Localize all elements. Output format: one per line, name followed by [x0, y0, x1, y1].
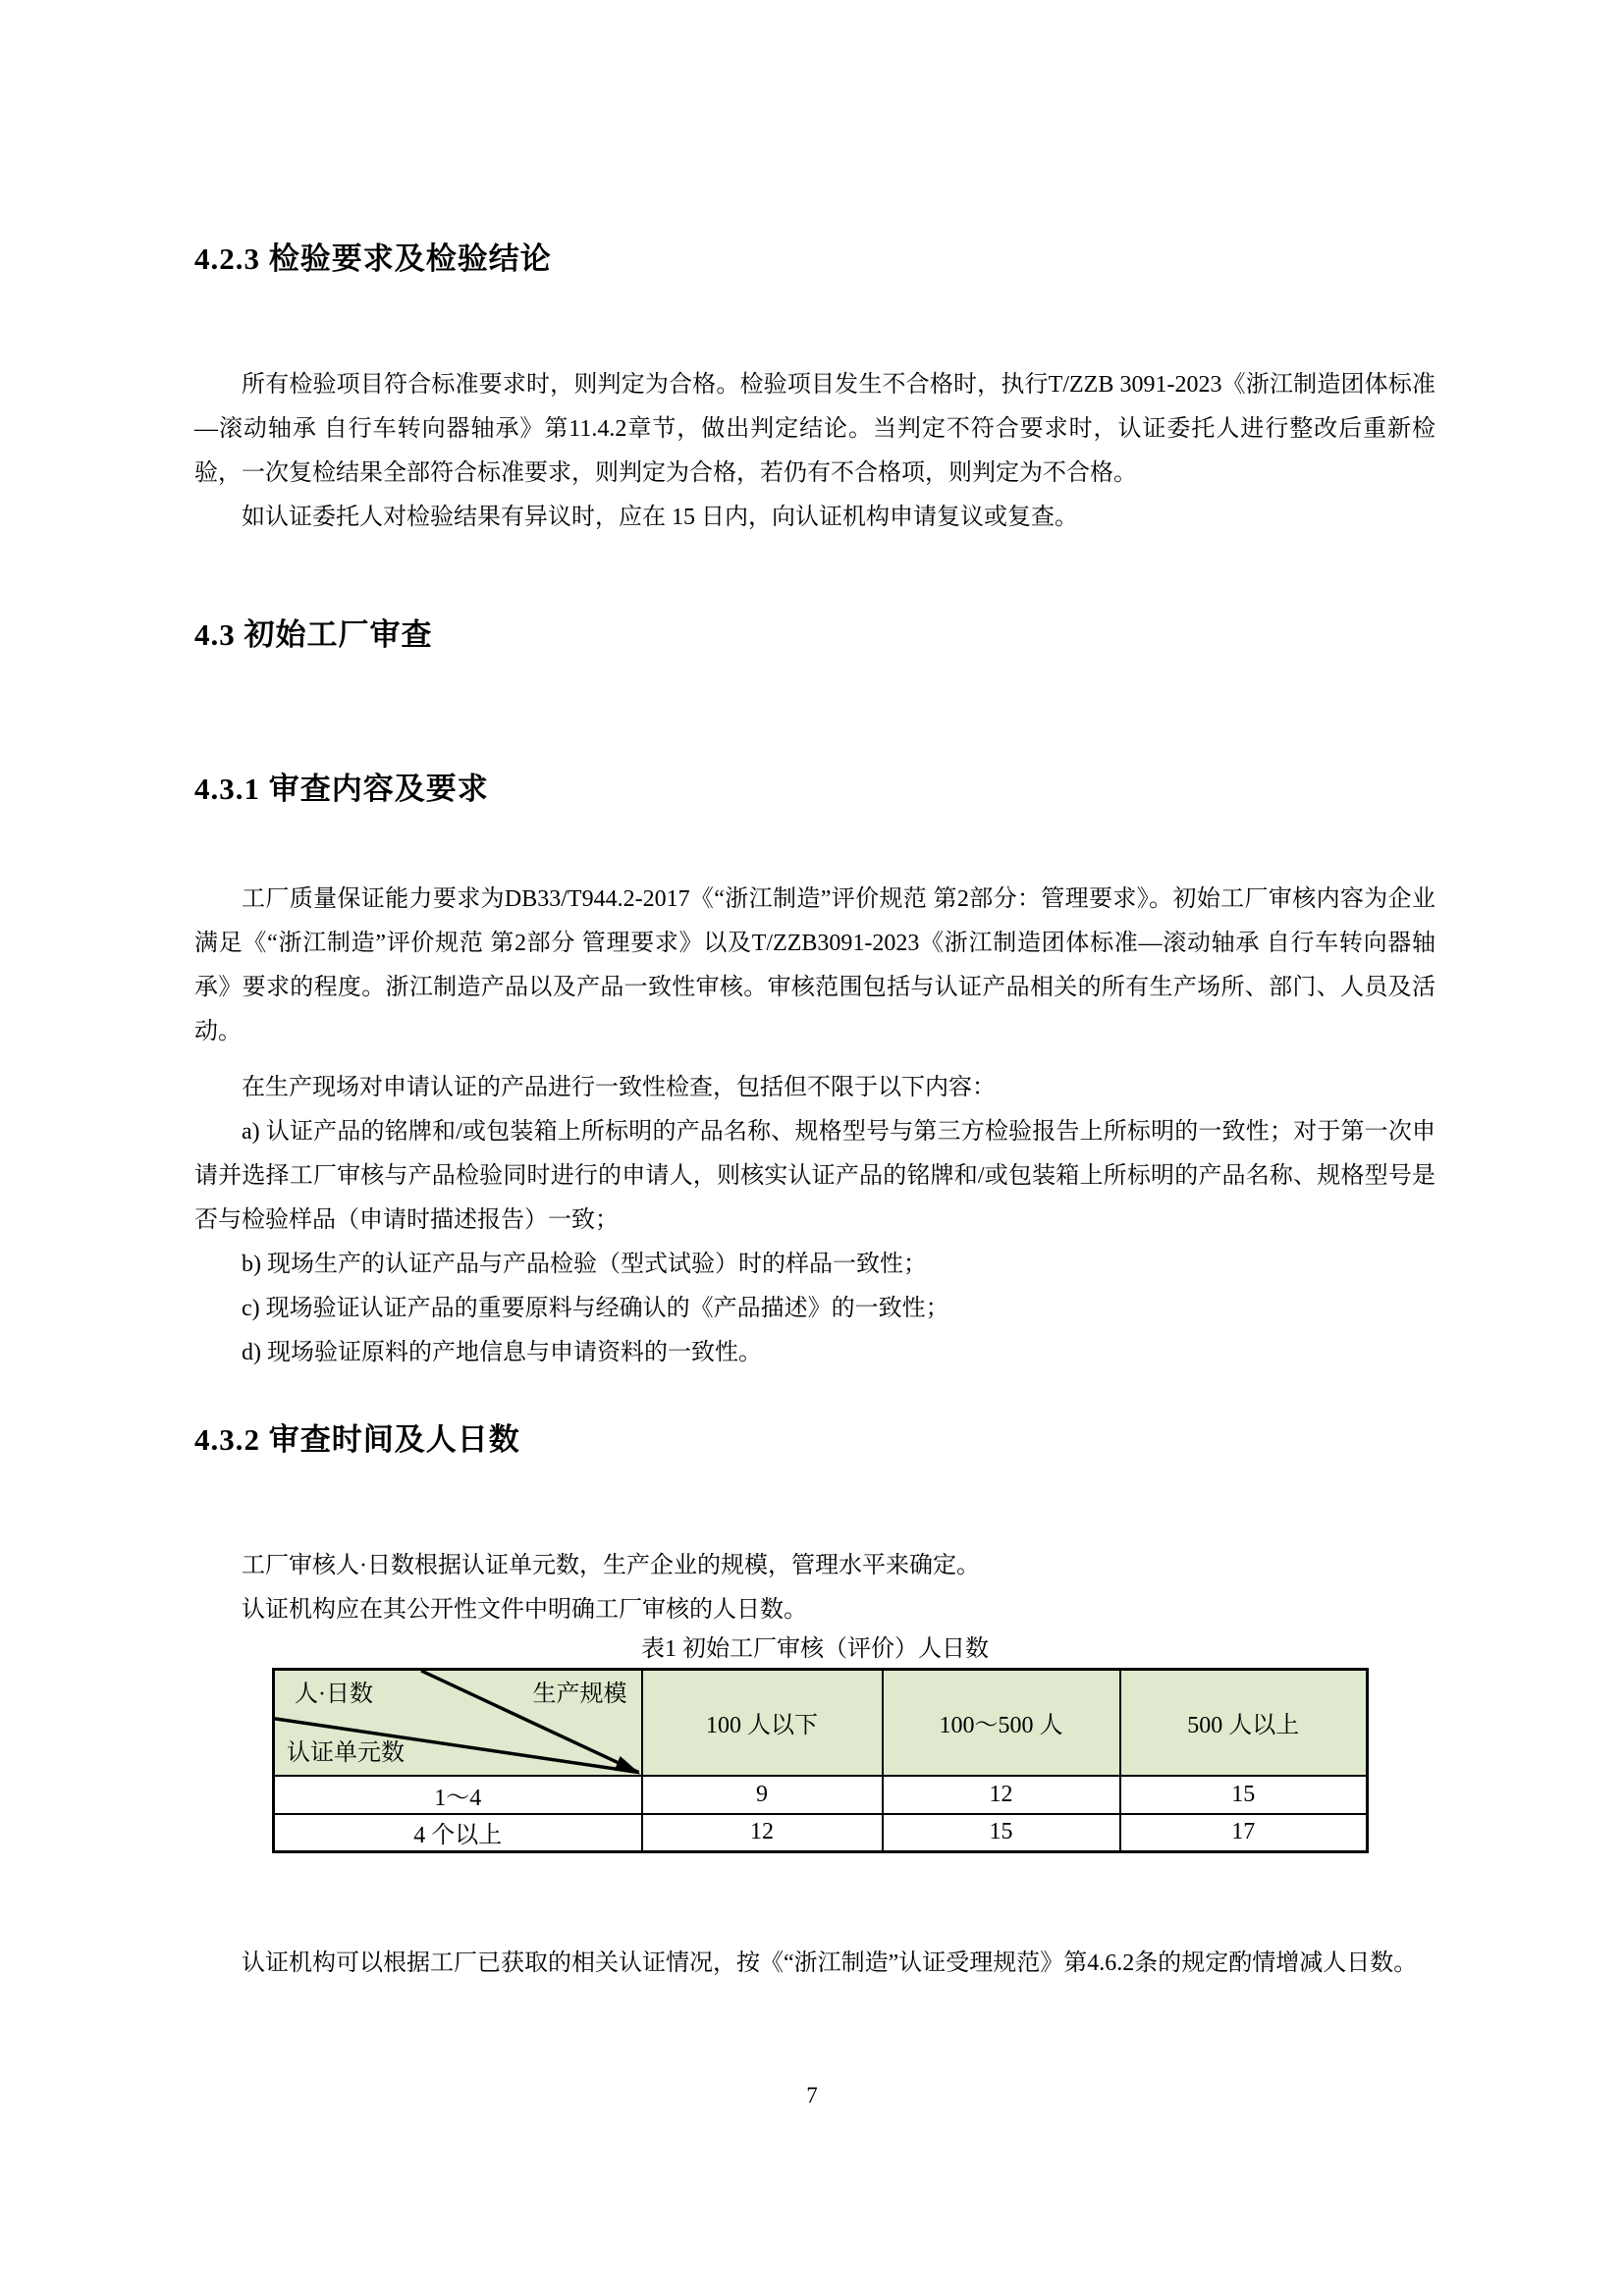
- cell-value: 15: [883, 1814, 1120, 1852]
- man-days-table: 人·日数 生产规模 认证单元数 100 人以下 100～500 人 500 人以…: [272, 1668, 1369, 1853]
- column-header-100-500: 100～500 人: [883, 1670, 1120, 1776]
- cell-value: 12: [883, 1776, 1120, 1814]
- page-number: 7: [0, 2083, 1624, 2109]
- paragraph-inspection-conclusion: 所有检验项目符合标准要求时，则判定为合格。检验项目发生不合格时，执行T/ZZB …: [194, 363, 1435, 496]
- paragraph-audit-content: 工厂质量保证能力要求为DB33/T944.2-2017《“浙江制造”评价规范 第…: [194, 878, 1435, 1054]
- diagonal-label-production-scale: 生产规模: [533, 1681, 627, 1708]
- paragraph-consistency-check-intro: 在生产现场对申请认证的产品进行一致性检查，包括但不限于以下内容：: [194, 1066, 1435, 1110]
- table-header-row: 人·日数 生产规模 认证单元数 100 人以下 100～500 人 500 人以…: [274, 1670, 1368, 1776]
- cell-value: 15: [1120, 1776, 1368, 1814]
- cell-value: 9: [642, 1776, 883, 1814]
- column-header-over-500: 500 人以上: [1120, 1670, 1368, 1776]
- document-page: 4.2.3 检验要求及检验结论 所有检验项目符合标准要求时，则判定为合格。检验项…: [0, 0, 1624, 2296]
- section-heading-4-3: 4.3 初始工厂审查: [194, 616, 1435, 653]
- section-heading-4-3-1: 4.3.1 审查内容及要求: [194, 771, 1435, 807]
- section-heading-4-2-3: 4.2.3 检验要求及检验结论: [194, 240, 1435, 277]
- list-item-a: a) 认证产品的铭牌和/或包装箱上所标明的产品名称、规格型号与第三方检验报告上所…: [194, 1110, 1435, 1243]
- diagonal-label-cert-units: 认证单元数: [287, 1739, 405, 1767]
- diagonal-header-cell: 人·日数 生产规模 认证单元数: [274, 1670, 642, 1776]
- table-row: 4 个以上 12 15 17: [274, 1814, 1368, 1852]
- diagonal-label-man-days: 人·日数: [295, 1681, 373, 1708]
- list-item-b: b) 现场生产的认证产品与产品检验（型式试验）时的样品一致性；: [194, 1243, 1435, 1287]
- cell-value: 12: [642, 1814, 883, 1852]
- cell-value: 17: [1120, 1814, 1368, 1852]
- paragraph-objection-review: 如认证委托人对检验结果有异议时，应在 15 日内，向认证机构申请复议或复查。: [194, 496, 1435, 540]
- table-caption: 表1 初始工厂审核（评价）人日数: [194, 1632, 1435, 1666]
- paragraph-public-document: 认证机构应在其公开性文件中明确工厂审核的人日数。: [194, 1588, 1435, 1632]
- paragraph-man-days-basis: 工厂审核人·日数根据认证单元数，生产企业的规模，管理水平来确定。: [194, 1544, 1435, 1588]
- column-header-under-100: 100 人以下: [642, 1670, 883, 1776]
- section-heading-4-3-2: 4.3.2 审查时间及人日数: [194, 1421, 1435, 1458]
- list-item-c: c) 现场验证认证产品的重要原料与经确认的《产品描述》的一致性；: [194, 1287, 1435, 1331]
- list-item-d: d) 现场验证原料的产地信息与申请资料的一致性。: [194, 1331, 1435, 1375]
- row-label-1-4: 1～4: [274, 1776, 642, 1814]
- document-content: 4.2.3 检验要求及检验结论 所有检验项目符合标准要求时，则判定为合格。检验项…: [0, 0, 1624, 1986]
- row-label-over-4: 4 个以上: [274, 1814, 642, 1852]
- paragraph-adjust-man-days: 认证机构可以根据工厂已获取的相关认证情况，按《“浙江制造”认证受理规范》第4.6…: [194, 1942, 1435, 1986]
- table-row: 1～4 9 12 15: [274, 1776, 1368, 1814]
